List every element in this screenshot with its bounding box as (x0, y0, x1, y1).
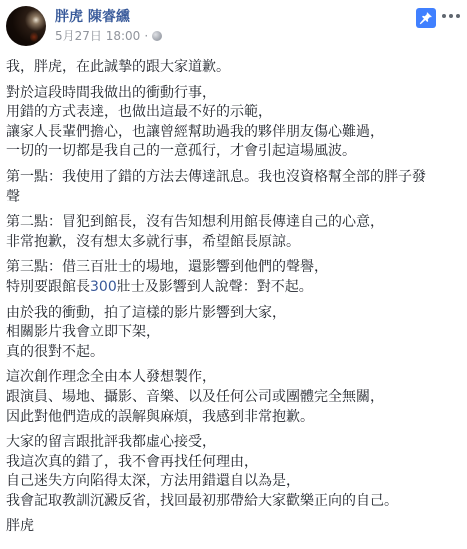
more-options-button[interactable] (442, 10, 460, 22)
paragraph-apology: 對於這段時間我做出的衝動行事， 用錯的方式表達，也做出這最不好的示範， 讓家人長… (6, 84, 464, 162)
text-line: 相關影片我會立即下架， (6, 323, 464, 343)
text-line: 真的很對不起。 (6, 343, 464, 363)
text-line: 第二點：冒犯到館長，沒有告知想利用館長傳達自己的心意， (6, 213, 464, 233)
author-name-link[interactable]: 胖虎 陳睿纁 (55, 8, 130, 26)
text-line: 我會記取教訓沉澱反省，找回最初那帶給大家歡樂正向的自己。 (6, 492, 464, 512)
text-line: 大家的留言跟批評我都虛心接受， (6, 433, 464, 453)
text-segment: 壯士及影響到人說聲：對不起。 (117, 279, 313, 295)
text-line: 第三點：借三百壯士的場地，還影響到他們的聲譽， (6, 258, 464, 278)
more-options-icon (449, 14, 453, 18)
post-body: 我，胖虎，在此誠摯的跟大家道歉。 對於這段時間我做出的衝動行事， 用錯的方式表達… (6, 58, 464, 543)
text-line: 跟演員、場地、攝影、音樂、以及任何公司或團體完全無關， (6, 388, 464, 408)
pin-post-button[interactable] (416, 8, 436, 28)
text-line: 對於這段時間我做出的衝動行事， (6, 84, 464, 104)
text-line: 因此對他們造成的誤解與麻煩，我感到非常抱歉。 (6, 408, 464, 428)
globe-icon[interactable] (152, 31, 162, 41)
post-timestamp-link[interactable]: 5月27日 18:00 (55, 28, 140, 44)
paragraph-intro: 我，胖虎，在此誠摯的跟大家道歉。 (6, 58, 464, 78)
text-line: 讓家人長輩們擔心，也讓曾經幫助過我的夥伴朋友傷心難過， (6, 123, 464, 143)
text-line: 特別要跟館長300壯士及影響到人說聲：對不起。 (6, 278, 464, 298)
more-options-icon (442, 14, 446, 18)
more-options-icon (456, 14, 460, 18)
text-line: 我，胖虎，在此誠摯的跟大家道歉。 (6, 58, 464, 78)
text-line: 一切的一切都是我自己的一意孤行，才會引起這場風波。 (6, 142, 464, 162)
text-line: 這次創作理念全由本人發想製作， (6, 368, 464, 388)
post-header: 胖虎 陳睿纁 5月27日 18:00 · (0, 0, 467, 52)
post-meta: 5月27日 18:00 · (55, 28, 162, 44)
text-line: 由於我的衝動，拍了這樣的影片影響到大家， (6, 304, 464, 324)
number-300: 300 (90, 279, 117, 295)
pushpin-icon (419, 11, 433, 25)
paragraph-video: 由於我的衝動，拍了這樣的影片影響到大家， 相關影片我會立即下架， 真的很對不起。 (6, 304, 464, 363)
meta-separator: · (144, 28, 148, 44)
paragraph-creation: 這次創作理念全由本人發想製作， 跟演員、場地、攝影、音樂、以及任何公司或團體完全… (6, 368, 464, 427)
text-line: 自己迷失方向陷得太深，方法用錯還自以為是， (6, 472, 464, 492)
signature: 胖虎 (6, 517, 464, 537)
text-line: 非常抱歉，沒有想太多就行事，希望館長原諒。 (6, 233, 464, 253)
paragraph-reflection: 大家的留言跟批評我都虛心接受， 我這次真的錯了，我不會再找任何理由， 自己迷失方… (6, 433, 464, 511)
text-line: 我這次真的錯了，我不會再找任何理由， (6, 453, 464, 473)
paragraph-point-three: 第三點：借三百壯士的場地，還影響到他們的聲譽， 特別要跟館長300壯士及影響到人… (6, 258, 464, 297)
author-avatar[interactable] (6, 6, 46, 46)
text-segment: 特別要跟館長 (6, 279, 90, 295)
paragraph-signature: 胖虎 (6, 517, 464, 537)
text-line: 用錯的方式表達，也做出這最不好的示範， (6, 103, 464, 123)
paragraph-point-one: 第一點：我使用了錯的方法去傳達訊息。我也沒資格幫全部的胖子發 聲 (6, 168, 464, 207)
text-line: 第一點：我使用了錯的方法去傳達訊息。我也沒資格幫全部的胖子發 (6, 168, 464, 188)
text-line: 聲 (6, 188, 464, 208)
paragraph-point-two: 第二點：冒犯到館長，沒有告知想利用館長傳達自己的心意， 非常抱歉，沒有想太多就行… (6, 213, 464, 252)
